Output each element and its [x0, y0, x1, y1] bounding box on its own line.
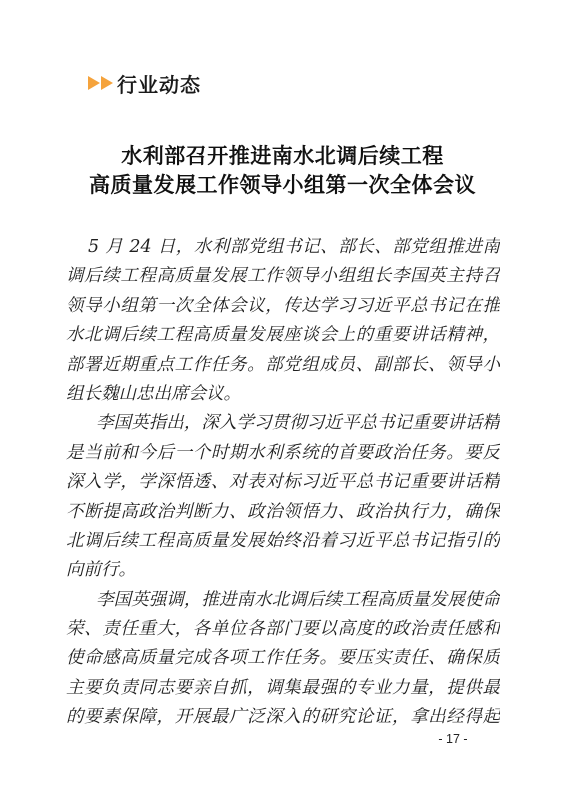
- paragraph-2: 李国英指出，深入学习贯彻习近平总书记重要讲话精神， 是当前和今后一个时期水利系统…: [66, 409, 500, 585]
- arrow-right-icon: [88, 76, 100, 90]
- double-arrow-icon: [88, 76, 114, 90]
- body-line: 李国英强调，推进南水北调后续工程高质量发展使命光: [66, 586, 500, 615]
- body-line: 领导小组第一次全体会议，传达学习习近平总书记在推进南: [66, 292, 500, 321]
- body-line: 水北调后续工程高质量发展座谈会上的重要讲话精神，研究: [66, 321, 500, 350]
- page-number: - 17 -: [428, 732, 478, 746]
- body-line: 组长魏山忠出席会议。: [66, 380, 500, 409]
- arrow-right-icon: [101, 76, 113, 90]
- body-line: 李国英指出，深入学习贯彻习近平总书记重要讲话精神，: [66, 409, 500, 438]
- body-line: 的要素保障，开展最广泛深入的研究论证，拿出经得起历史: [66, 703, 500, 732]
- article-title-line-1: 水利部召开推进南水北调后续工程: [0, 141, 565, 170]
- section-header: 行业动态: [88, 68, 201, 98]
- body-line: 是当前和今后一个时期水利系统的首要政治任务。要反复学、: [66, 439, 500, 468]
- document-page: 行业动态 水利部召开推进南水北调后续工程 高质量发展工作领导小组第一次全体会议 …: [0, 0, 565, 800]
- body-line: 主要负责同志要亲自抓，调集最强的专业力量，提供最有力: [66, 674, 500, 703]
- body-line: 5 月 24 日，水利部党组书记、部长、部党组推进南水北: [66, 233, 500, 262]
- article-body: 5 月 24 日，水利部党组书记、部长、部党组推进南水北 调后续工程高质量发展工…: [66, 233, 500, 733]
- body-line: 调后续工程高质量发展工作领导小组组长李国英主持召开: [66, 262, 500, 291]
- body-line: 部署近期重点工作任务。部党组成员、副部长、领导小组副: [66, 351, 500, 380]
- body-line: 北调后续工程高质量发展始终沿着习近平总书记指引的方: [66, 527, 500, 556]
- body-line: 使命感高质量完成各项工作任务。要压实责任、确保质量，: [66, 644, 500, 673]
- body-line: 不断提高政治判断力、政治领悟力、政治执行力，确保南水: [66, 498, 500, 527]
- paragraph-3: 李国英强调，推进南水北调后续工程高质量发展使命光 荣、责任重大，各单位各部门要以…: [66, 586, 500, 733]
- section-title: 行业动态: [117, 69, 201, 98]
- body-line: 荣、责任重大，各单位各部门要以高度的政治责任感和历史: [66, 615, 500, 644]
- article-title-line-2: 高质量发展工作领导小组第一次全体会议: [0, 170, 565, 199]
- article-title: 水利部召开推进南水北调后续工程 高质量发展工作领导小组第一次全体会议: [0, 141, 565, 199]
- paragraph-1: 5 月 24 日，水利部党组书记、部长、部党组推进南水北 调后续工程高质量发展工…: [66, 233, 500, 409]
- body-line: 向前行。: [66, 556, 500, 585]
- body-line: 深入学，学深悟透、对表对标习近平总书记重要讲话精神，: [66, 468, 500, 497]
